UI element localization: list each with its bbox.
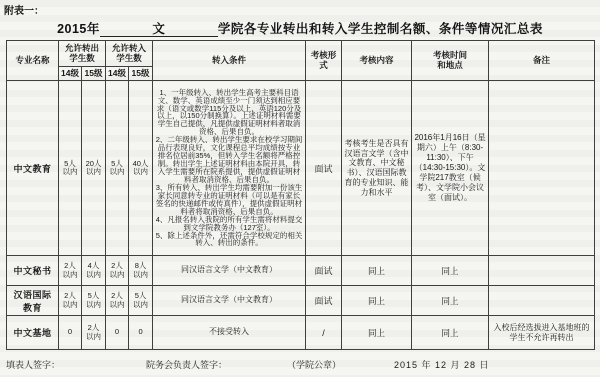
title-year: 2015年 — [57, 22, 100, 36]
col-header-in-grade15: 15级 — [129, 67, 153, 81]
in-quota-grade15: 5人以内 — [129, 286, 153, 316]
scanned-form-page: 附表一： 2015年文学院各专业转出和转入学生控制名额、条件等情况汇总表 专业名… — [0, 0, 600, 377]
table-row-chinese-base: 中文基地 0 2人以内 0 0 不接受转入 / 同上 同上 入校后经选拔进入基地… — [7, 316, 595, 350]
out-quota-grade14: 0 — [59, 316, 82, 350]
remarks-cell: 入校后经选拔进入基地班的学生不允许再转出 — [489, 316, 595, 350]
col-header-exam-content: 考核内容 — [342, 41, 412, 81]
exam-form: 面试 — [306, 81, 342, 256]
transfer-conditions: 同汉语言文学（中文教育） — [153, 256, 306, 286]
exam-content: 同上 — [342, 256, 412, 286]
col-header-out-grade15: 15级 — [82, 67, 106, 81]
out-quota-grade15: 4人以内 — [82, 256, 106, 286]
in-quota-grade14: 2人以内 — [106, 256, 129, 286]
exam-form: 面试 — [306, 286, 342, 316]
table-row-chinese-international-education: 汉语国际教育 2人以内 5人以内 2人以内 5人以内 同汉语言文学（中文教育） … — [7, 286, 595, 316]
filler-signature-label: 填表人签字： — [6, 358, 60, 371]
transfer-conditions: 不接受转入 — [153, 316, 306, 350]
col-header-conditions: 转入条件 — [153, 41, 306, 81]
exam-time-place: 同上 — [412, 286, 489, 316]
remarks-cell — [489, 81, 595, 256]
in-quota-grade15: 8人以内 — [129, 256, 153, 286]
signature-footer: 填表人签字： 院务会负责人签字： （学院公章） 2015 年 12 月 28 日 — [0, 358, 600, 374]
out-quota-grade15: 5人以内 — [82, 286, 106, 316]
title-rest: 学院各专业转出和转入学生控制名额、条件等情况汇总表 — [218, 22, 543, 36]
in-quota-grade14: 5人以内 — [106, 81, 129, 256]
exam-content: 考核考生是否具有汉语言文学（含中文教育、中文秘书）、汉语国际教育的专业知识、能力… — [342, 81, 412, 256]
in-quota-grade15: 40人以内 — [129, 81, 153, 256]
transfer-conditions: 同汉语言文学（中文教育） — [153, 286, 306, 316]
major-name: 汉语国际教育 — [7, 286, 59, 316]
exam-form: 面试 — [306, 256, 342, 286]
transfer-quota-table: 专业名称 允许转出 学生数 允许转入 学生数 转入条件 考核形式 考核内容 考核… — [6, 40, 595, 350]
college-seal-label: （学院公章） — [287, 358, 341, 371]
transfer-conditions: 1、一年级转入、转出学生高考主要科目语文、数学、英语成绩至少一门须达到相应要求（… — [153, 81, 306, 256]
out-quota-grade14: 2人以内 — [59, 286, 82, 316]
in-quota-grade15: 0 — [129, 316, 153, 350]
col-header-remarks: 备注 — [489, 41, 595, 81]
out-quota-grade14: 2人以内 — [59, 256, 82, 286]
remarks-cell — [489, 256, 595, 286]
col-header-transfer-out: 允许转出 学生数 — [59, 41, 106, 67]
in-quota-grade14: 0 — [106, 316, 129, 350]
col-header-transfer-in: 允许转入 学生数 — [106, 41, 153, 67]
exam-time-place: 同上 — [412, 256, 489, 286]
out-quota-grade15: 2人以内 — [82, 316, 106, 350]
exam-time-place: 同上 — [412, 316, 489, 350]
exam-content: 同上 — [342, 316, 412, 350]
col-header-out-grade14: 14级 — [59, 67, 82, 81]
remarks-cell — [489, 286, 595, 316]
major-name: 中文秘书 — [7, 256, 59, 286]
col-header-exam-form: 考核形式 — [306, 41, 342, 81]
major-name: 中文基地 — [7, 316, 59, 350]
col-header-in-grade14: 14级 — [106, 67, 129, 81]
exam-content: 同上 — [342, 286, 412, 316]
in-quota-grade14: 2人以内 — [106, 286, 129, 316]
table-row-chinese-secretary: 中文秘书 2人以内 4人以内 2人以内 8人以内 同汉语言文学（中文教育） 面试… — [7, 256, 595, 286]
col-header-exam-time-place: 考核时间 和地点 — [412, 41, 489, 81]
out-quota-grade15: 20人以内 — [82, 81, 106, 256]
major-name: 中文教育 — [7, 81, 59, 256]
form-title: 2015年文学院各专业转出和转入学生控制名额、条件等情况汇总表 — [0, 19, 600, 37]
exam-time-place: 2016年1月16日（星期六）上午（8:30-11:30）、下午（14:30-1… — [412, 81, 489, 256]
attachment-tag: 附表一： — [4, 2, 44, 17]
table-row-chinese-education: 中文教育 5人以内 20人以内 5人以内 40人以内 1、一年级转入、转出学生高… — [7, 81, 595, 256]
exam-form: / — [306, 316, 342, 350]
title-blank-college-name: 文 — [100, 23, 218, 37]
col-header-major: 专业名称 — [7, 41, 59, 81]
header-row-1: 专业名称 允许转出 学生数 允许转入 学生数 转入条件 考核形式 考核内容 考核… — [7, 41, 595, 67]
form-date: 2015 年 12 月 28 日 — [394, 358, 490, 371]
out-quota-grade14: 5人以内 — [59, 81, 82, 256]
council-signature-label: 院务会负责人签字： — [146, 358, 227, 371]
